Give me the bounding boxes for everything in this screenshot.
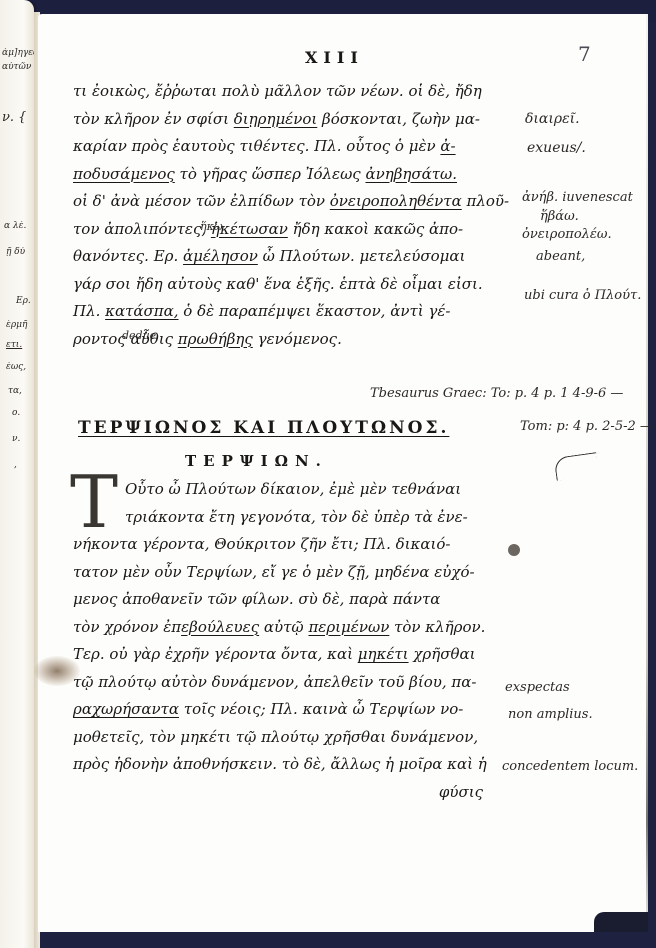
underlined-word: ἀμέλησον	[183, 247, 258, 265]
text-line: ποδυσάμενος τὸ γῆρας ὥσπερ Ἰόλεως ἀνηβησ…	[73, 161, 513, 189]
text-line: νήκοντα γέροντα, Θούκριτον ζῆν ἔτι; Πλ. …	[73, 531, 513, 559]
underlined-word: περιμένων	[308, 618, 389, 636]
line-text: χρῆσθαι	[409, 645, 476, 663]
underlined-word: ὀνειροποληθέντα	[330, 192, 462, 210]
margin-note: abeant,	[536, 249, 585, 264]
line-text: νήκοντα γέροντα, Θούκριτον ζῆν ἔτι; Πλ. …	[73, 535, 450, 553]
line-text: μενος ἀποθανεῖν τῶν φίλων. σὺ δὲ, παρὰ π…	[73, 590, 440, 608]
text-line: ραχωρήσαντα τοῖς νέοις; Πλ. καινὰ ὦ Τερψ…	[73, 696, 513, 724]
line-text: τι ἐοικὼς, ἔῤῥωται πολὺ μᾶλλον τῶν νέων.…	[73, 82, 482, 100]
margin-note: exspectas	[505, 680, 570, 695]
underlined-word: κατάσπα,	[105, 302, 178, 320]
line-text: τὸν χρόνον ἐπ	[73, 618, 181, 636]
text-line: τι ἐοικὼς, ἔῤῥωται πολὺ μᾶλλον τῶν νέων.…	[73, 78, 513, 106]
line-text: τὸ γῆρας ὥσπερ Ἰόλεως	[175, 165, 366, 183]
line-text: γενόμενος.	[253, 330, 342, 348]
line-text: ὁ δὲ παραπέμψει ἕκαστον, ἀντὶ γέ-	[179, 302, 451, 320]
running-head: XIII	[305, 48, 364, 67]
dialogue-title-text: ΤΕΡΨΙΩΝΟΣ ΚΑΙ ΠΛΟΥΤΩΝΟΣ.	[78, 418, 449, 438]
text-line: θανόντες. Ερ. ἀμέλησον ὦ Πλούτων. μετελε…	[73, 243, 513, 271]
text-line: μενος ἀποθανεῖν τῶν φίλων. σὺ δὲ, παρὰ π…	[73, 586, 513, 614]
margin-note-reference: Tbesaurus Graec: To: p. 4 p. 1 4-9-6 —	[370, 386, 623, 401]
line-text: καρίαν πρὸς ἑαυτοὺς τιθέντες. Πλ. οὗτος …	[73, 137, 440, 155]
page-edge	[646, 14, 648, 932]
margin-note-reference: Tom: p: 4 p. 2-5-2 —	[520, 419, 653, 434]
text-line: τον ἀπολιπόντες, ἡκέτωσαν ἤδη κακοὶ κακῶ…	[73, 216, 513, 244]
line-text: Οὗτο ὦ Πλούτων δίκαιον, ἐμὲ μὲν τεθνάναι	[125, 480, 461, 498]
line-text: βόσκονται, ζωὴν μα-	[317, 110, 480, 128]
underlined-word: ἀ-	[440, 137, 455, 155]
line-text: τριάκοντα ἔτη γεγονότα, τὸν δὲ ὑπὲρ τὰ ἐ…	[125, 508, 468, 526]
line-text: Πλ.	[73, 302, 105, 320]
scanned-page: ἀμ]ηγεως αὐτῶν τι ν. { α λέ. ῇ δύ Ερ. ἑρ…	[0, 0, 656, 948]
text-line: τὸν χρόνον ἐπεβούλευες αὐτῷ περιμένων τὸ…	[73, 614, 513, 642]
underlined-word: ποδυσάμενος	[73, 165, 175, 183]
text-line: τατον μὲν οὖν Τερψίων, εἴ γε ὁ μὲν ζῇ, μ…	[73, 559, 513, 587]
margin-note: ἥβάω.	[540, 209, 579, 224]
line-text: γάρ σοι ἤδη αὐτοὺς καθ' ἕνα ἑξῆς. ἑπτὰ δ…	[73, 275, 483, 293]
facing-page-edge: ἀμ]ηγεως αὐτῶν τι ν. { α λέ. ῇ δύ Ερ. ἑρ…	[0, 0, 34, 948]
catchword: φύσις	[73, 779, 513, 807]
underlined-word: μηκέτι	[358, 645, 409, 663]
line-text: τὸν κλῆρον ἐν σφίσι	[73, 110, 234, 128]
line-text: θανόντες. Ερ.	[73, 247, 183, 265]
text-line: τὸν κλῆρον ἐν σφίσι διῃρημένοι βόσκονται…	[73, 106, 513, 134]
handwritten-folio-number: 7	[578, 42, 591, 66]
text-line: καρίαν πρὸς ἑαυτοὺς τιθέντες. Πλ. οὗτος …	[73, 133, 513, 161]
underlined-word: ἀνηβησάτω.	[365, 165, 457, 183]
margin-note: ἀνήβ. iuvenescat	[522, 190, 633, 205]
line-text: τον ἀπολιπόντες,	[73, 220, 211, 238]
interlinear-gloss: dedue	[122, 329, 156, 342]
underlined-word: διῃρημένοι	[234, 110, 318, 128]
text-line: Οὗτο ὦ Πλούτων δίκαιον, ἐμὲ μὲν τεθνάναι	[73, 476, 513, 504]
text-line: οἱ δ' ἀνὰ μέσον τῶν ἐλπίδων τὸν ὀνειροπο…	[73, 188, 513, 216]
dialogue-start-text: Οὗτο ὦ Πλούτων δίκαιον, ἐμὲ μὲν τεθνάναι…	[73, 476, 513, 806]
text-line: γάρ σοι ἤδη αὐτοὺς καθ' ἕνα ἑξῆς. ἑπτὰ δ…	[73, 271, 513, 299]
text-line: Πλ. κατάσπα, ὁ δὲ παραπέμψει ἕκαστον, ἀν…	[73, 298, 513, 326]
line-text: πρὸς ἡδονὴν ἀποθνήσκειν. τὸ δὲ, ἄλλως ἡ …	[73, 755, 487, 773]
margin-note: ὀνειροπολέω.	[522, 227, 612, 242]
facing-page-fragment: ἀμ]ηγεως	[2, 48, 34, 58]
line-text: μοθετεῖς, τὸν μηκέτι τῷ πλούτῳ χρῆσθαι δ…	[73, 728, 478, 746]
dialogue-end-text: τι ἐοικὼς, ἔῤῥωται πολὺ μᾶλλον τῶν νέων.…	[73, 78, 513, 353]
underlined-word: εβούλευες	[181, 618, 259, 636]
facing-page-fragment: αὐτῶν τι	[2, 62, 34, 72]
margin-note: concedentem locum.	[502, 759, 638, 774]
line-text: τατον μὲν οὖν Τερψίων, εἴ γε ὁ μὲν ζῇ, μ…	[73, 563, 475, 581]
line-text: Τερ. οὐ γὰρ ἐχρῆν γέροντα ὄντα, καὶ	[73, 645, 358, 663]
margin-note: exueus/.	[527, 140, 586, 156]
text-line: τῷ πλούτῳ αὐτὸν δυνάμενον, ἀπελθεῖν τοῦ …	[73, 669, 513, 697]
catchword-text: φύσις	[439, 783, 483, 801]
interlinear-gloss: ἥκω	[200, 220, 223, 233]
line-text: τὸν κλῆρον.	[389, 618, 485, 636]
line-text: αὐτῷ	[259, 618, 308, 636]
line-text: τοῖς νέοις; Πλ. καινὰ ὦ Τερψίων νο-	[179, 700, 463, 718]
page-corner-shadow	[594, 912, 648, 932]
facing-page-fragment: α λέ.	[4, 221, 36, 231]
dialogue-title: ΤΕΡΨΙΩΝΟΣ ΚΑΙ ΠΛΟΥΤΩΝΟΣ.	[78, 418, 449, 438]
margin-note: non amplius.	[508, 707, 593, 722]
underlined-word: ραχωρήσαντα	[73, 700, 179, 718]
text-line: μοθετεῖς, τὸν μηκέτι τῷ πλούτῳ χρῆσθαι δ…	[73, 724, 513, 752]
margin-note: διαιρεῖ.	[525, 111, 580, 127]
underlined-word: πρωθήβης	[178, 330, 253, 348]
speaker-heading: ΤΕΡΨΙΩΝ.	[185, 452, 328, 470]
facing-page-fragment: ν. {	[2, 110, 34, 125]
line-text: ὦ Πλούτων. μετελεύσομαι	[258, 247, 466, 265]
margin-note: ubi cura ὁ Πλούτ.	[524, 288, 641, 303]
line-text: οἱ δ' ἀνὰ μέσον τῶν ἐλπίδων τὸν	[73, 192, 330, 210]
text-line: πρὸς ἡδονὴν ἀποθνήσκειν. τὸ δὲ, ἄλλως ἡ …	[73, 751, 513, 779]
line-text: ἤδη κακοὶ κακῶς ἀπο-	[288, 220, 463, 238]
line-text: τῷ πλούτῳ αὐτὸν δυνάμενον, ἀπελθεῖν τοῦ …	[73, 673, 476, 691]
text-line: τριάκοντα ἔτη γεγονότα, τὸν δὲ ὑπὲρ τὰ ἐ…	[73, 504, 513, 532]
line-text: πλοῦ-	[462, 192, 509, 210]
text-line: Τερ. οὐ γὰρ ἐχρῆν γέροντα ὄντα, καὶ μηκέ…	[73, 641, 513, 669]
